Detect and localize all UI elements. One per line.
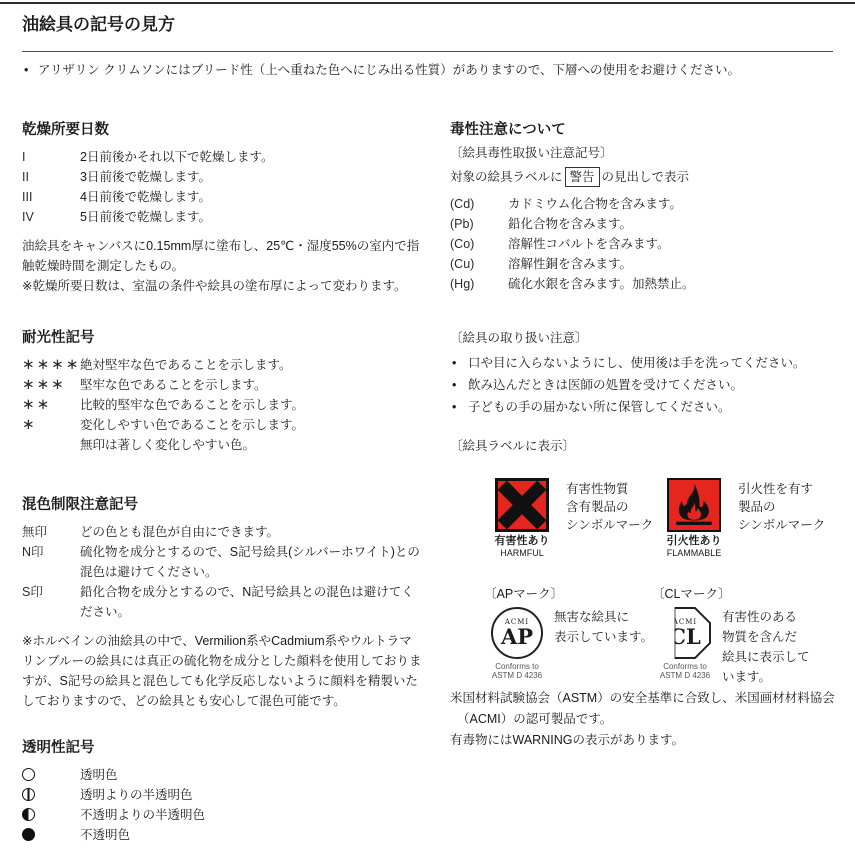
cadmium-symbol: (Cd) bbox=[450, 194, 508, 214]
handling-item: 子どもの手の届かない所に保管してください。 bbox=[450, 396, 846, 418]
cl-mark-heading: 〔CLマーク〕 bbox=[652, 585, 820, 603]
cl-description: 有害性のある 物質を含んだ 絵具に表示して います。 bbox=[722, 607, 810, 687]
toxicity-subheading: 〔絵具毒性取扱い注意記号〕 bbox=[450, 143, 842, 163]
mixing-row: N印 硫化物を成分とするので、S記号絵具(シルバーホワイト)との混色は避けてくだ… bbox=[22, 542, 424, 582]
astm-footer-line: 米国材料試験協会（ASTM）の安全基準に合致し、米国画材材料協会 bbox=[450, 688, 846, 709]
drying-row: IV 5日前後で乾燥します。 bbox=[22, 207, 422, 227]
one-star-icon: ∗ bbox=[22, 415, 80, 435]
semi-transparent-circle-icon bbox=[22, 788, 35, 801]
mixing-symbol-n: N印 bbox=[22, 542, 80, 582]
ap-conforms-text: Conforms to ASTM D 4236 bbox=[484, 662, 550, 680]
mixing-note: ※ホルベインの油絵具の中で、Vermilion系やCadmium系やウルトラマリ… bbox=[22, 631, 424, 711]
toxicity-row: (Hg) 硫化水銀を含みます。加熱禁止。 bbox=[450, 274, 842, 294]
warning-box: 警告 bbox=[565, 167, 600, 187]
mixing-row: S印 鉛化合物を成分とするので、N記号絵具との混色は避けてください。 bbox=[22, 582, 424, 622]
mixing-row: 無印 どの色とも混色が自由にできます。 bbox=[22, 522, 424, 542]
two-stars-icon: ∗∗ bbox=[22, 395, 80, 415]
drying-method-note: 油絵具をキャンバスに0.15mm厚に塗布し、25℃・湿度55%の室内で指触乾燥時… bbox=[22, 236, 422, 276]
roman-numeral-4: IV bbox=[22, 207, 80, 227]
four-stars-icon: ∗∗∗∗ bbox=[22, 355, 80, 375]
drying-row: III 4日前後で乾燥します。 bbox=[22, 187, 422, 207]
certification-marks-row: 〔APマーク〕 ACMI AP Conforms to ASTM D 4236 bbox=[450, 585, 850, 687]
toxicity-row: (Pb) 鉛化合物を含みます。 bbox=[450, 214, 842, 234]
opaque-circle-icon bbox=[22, 828, 35, 841]
lightfastness-heading: 耐光性記号 bbox=[22, 328, 422, 348]
three-stars-icon: ∗∗∗ bbox=[22, 375, 80, 395]
lightfastness-row: ∗ 変化しやすい色であることを示します。 bbox=[22, 415, 422, 435]
ap-mark-heading: 〔APマーク〕 bbox=[484, 585, 652, 603]
handling-heading: 〔絵具の取り扱い注意〕 bbox=[450, 328, 846, 348]
harmful-caption-jp: 有害性あり bbox=[484, 535, 560, 548]
mixing-symbol-s: S印 bbox=[22, 582, 80, 622]
flammable-group: 引火性あり FLAMMABLE 引火性を有す 製品の シンボルマーク bbox=[656, 478, 828, 559]
astm-footer-line: （ACMI）の認可製品です。 bbox=[450, 709, 846, 730]
toxicity-row: (Cd) カドミウム化合物を含みます。 bbox=[450, 194, 842, 214]
label-display-heading: 〔絵具ラベルに表示〕 bbox=[450, 436, 850, 456]
lightfastness-row: 無印は著しく変化しやすい色。 bbox=[22, 435, 422, 455]
handling-list: 口や目に入らないようにし、使用後は手を洗ってください。 飲み込んだときは医師の処… bbox=[450, 352, 846, 418]
copper-symbol: (Cu) bbox=[450, 254, 508, 274]
flammable-flame-icon bbox=[667, 478, 721, 532]
section-astm-footer: 米国材料試験協会（ASTM）の安全基準に合致し、米国画材材料協会 （ACMI）の… bbox=[450, 688, 846, 751]
section-handling: 〔絵具の取り扱い注意〕 口や目に入らないようにし、使用後は手を洗ってください。 … bbox=[450, 328, 846, 418]
acmi-cl-seal-icon: ACMI CL bbox=[659, 607, 711, 659]
toxicity-row: (Co) 溶解性コバルトを含みます。 bbox=[450, 234, 842, 254]
no-mark bbox=[22, 435, 80, 455]
ap-description: 無害な絵具に 表示しています。 bbox=[554, 607, 653, 680]
toxicity-row: (Cu) 溶解性銅を含みます。 bbox=[450, 254, 842, 274]
roman-numeral-2: II bbox=[22, 167, 80, 187]
section-transparency: 透明性記号 透明色 透明よりの半透明色 不透明よりの半透明色 不透明色 bbox=[22, 738, 422, 845]
transparency-row: 透明よりの半透明色 bbox=[22, 785, 422, 805]
roman-numeral-3: III bbox=[22, 187, 80, 207]
section-mixing-restriction: 混色制限注意記号 無印 どの色とも混色が自由にできます。 N印 硫化物を成分とす… bbox=[22, 495, 424, 711]
drying-row: II 3日前後で乾燥します。 bbox=[22, 167, 422, 187]
flammable-description: 引火性を有す 製品の シンボルマーク bbox=[738, 478, 825, 559]
toxicity-heading: 毒性注意について bbox=[450, 120, 842, 140]
transparency-row: 不透明よりの半透明色 bbox=[22, 805, 422, 825]
transparency-row: 透明色 bbox=[22, 765, 422, 785]
transparency-row: 不透明色 bbox=[22, 825, 422, 845]
cobalt-symbol: (Co) bbox=[450, 234, 508, 254]
transparency-heading: 透明性記号 bbox=[22, 738, 422, 758]
cl-conforms-text: Conforms to ASTM D 4236 bbox=[652, 662, 718, 680]
astm-footer-line: 有毒物にはWARNINGの表示があります。 bbox=[450, 730, 846, 751]
semi-opaque-circle-icon bbox=[22, 808, 35, 821]
section-toxicity: 毒性注意について 〔絵具毒性取扱い注意記号〕 対象の絵具ラベルに警告の見出しで表… bbox=[450, 120, 842, 294]
lead-symbol: (Pb) bbox=[450, 214, 508, 234]
drying-variance-note: ※乾燥所要日数は、室温の条件や絵具の塗布厚によって変わります。 bbox=[22, 276, 422, 296]
warning-label-line: 対象の絵具ラベルに警告の見出しで表示 bbox=[450, 165, 842, 189]
section-lightfastness: 耐光性記号 ∗∗∗∗ 絶対堅牢な色であることを示します。 ∗∗∗ 堅牢な色である… bbox=[22, 328, 422, 455]
ap-mark-group: 〔APマーク〕 ACMI AP Conforms to ASTM D 4236 bbox=[484, 585, 652, 687]
flammable-caption-jp: 引火性あり bbox=[656, 535, 732, 548]
harmful-description: 有害性物質 含有製品の シンボルマーク bbox=[566, 478, 653, 559]
mercury-symbol: (Hg) bbox=[450, 274, 508, 294]
mixing-symbol-none: 無印 bbox=[22, 522, 80, 542]
toxicity-list: (Cd) カドミウム化合物を含みます。 (Pb) 鉛化合物を含みます。 (Co)… bbox=[450, 194, 842, 294]
acmi-ap-seal-icon: ACMI AP bbox=[491, 607, 543, 659]
drying-heading: 乾燥所要日数 bbox=[22, 120, 422, 140]
mixing-heading: 混色制限注意記号 bbox=[22, 495, 424, 515]
harmful-group: 有害性あり HARMFUL 有害性物質 含有製品の シンボルマーク bbox=[484, 478, 656, 559]
hazard-icons-row: 有害性あり HARMFUL 有害性物質 含有製品の シンボルマーク bbox=[450, 478, 850, 559]
harmful-x-icon bbox=[495, 478, 549, 532]
handling-item: 口や目に入らないようにし、使用後は手を洗ってください。 bbox=[450, 352, 846, 374]
transparent-circle-icon bbox=[22, 768, 35, 781]
roman-numeral-1: I bbox=[22, 147, 80, 167]
top-border-line bbox=[0, 2, 855, 4]
title-divider bbox=[22, 51, 833, 52]
lightfastness-row: ∗∗∗∗ 絶対堅牢な色であることを示します。 bbox=[22, 355, 422, 375]
lightfastness-row: ∗∗∗ 堅牢な色であることを示します。 bbox=[22, 375, 422, 395]
lightfastness-row: ∗∗ 比較的堅牢な色であることを示します。 bbox=[22, 395, 422, 415]
bleed-note: アリザリン クリムソンにはブリード性（上へ重ねた色へにじみ出る性質）がありますの… bbox=[22, 60, 843, 80]
drying-row: I 2日前後かそれ以下で乾燥します。 bbox=[22, 147, 422, 167]
handling-item: 飲み込んだときは医師の処置を受けてください。 bbox=[450, 374, 846, 396]
page-title: 油絵具の記号の見方 bbox=[22, 13, 175, 37]
harmful-caption-en: HARMFUL bbox=[484, 548, 560, 559]
cl-mark-group: 〔CLマーク〕 ACMI CL Conforms to ASTM D 4236 bbox=[652, 585, 820, 687]
section-label-display: 〔絵具ラベルに表示〕 有害性あり HARMFUL 有害性物質 含有製品の シンボ… bbox=[450, 436, 850, 687]
flammable-caption-en: FLAMMABLE bbox=[656, 548, 732, 559]
section-drying-days: 乾燥所要日数 I 2日前後かそれ以下で乾燥します。 II 3日前後で乾燥します。… bbox=[22, 120, 422, 296]
document-page: 油絵具の記号の見方 アリザリン クリムソンにはブリード性（上へ重ねた色へにじみ出… bbox=[0, 0, 855, 855]
